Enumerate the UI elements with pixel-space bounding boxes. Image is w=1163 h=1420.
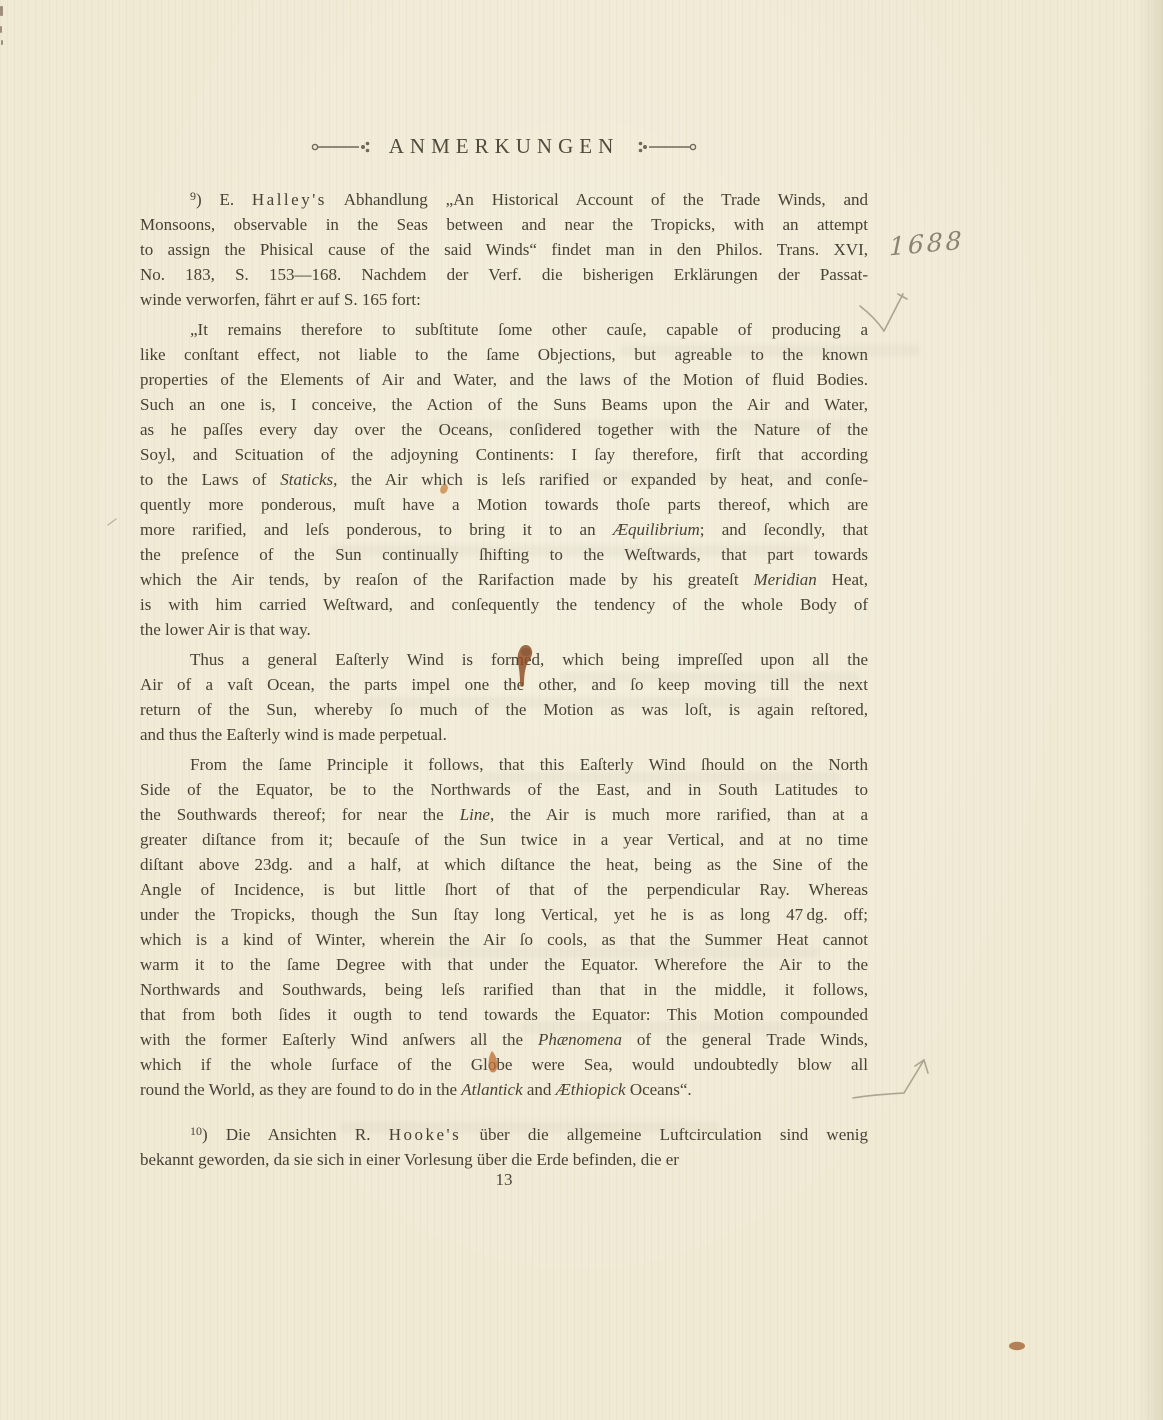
text-segment: to the Laws of [140,470,280,489]
text-line: „It remains therefore to subſtitute ſome… [140,317,868,342]
text-segment: diſtant above 23dg. and a half, at which… [140,855,868,874]
text-segment: Meridian [753,570,816,589]
text-segment: ) E. [196,190,252,209]
text-segment: Angle of Incidence, is but little ſhort … [140,880,868,899]
text-line: which is a kind of Winter, wherein the A… [140,927,868,952]
text-line: round the World, as they are found to do… [140,1077,868,1102]
fox-spot [1009,1342,1025,1350]
left-margin-tick-pencil-icon [108,519,116,525]
text-segment: like conſtant effect, not liable to the … [140,345,868,364]
page-title: ANMERKUNGEN [389,134,620,159]
paragraph-halley-quote-2: Thus a general Eaſterly Wind is formed, … [140,647,868,747]
text-line: to the Laws of Staticks, the Air which i… [140,467,868,492]
text-line: warm it to the ſame Degree with that und… [140,952,868,977]
text-segment: properties of the Elements of Air and Wa… [140,370,868,389]
text-segment: über die allgemeine Luftcirculation sind… [461,1125,868,1144]
paragraph-halley-quote-1: „It remains therefore to subſtitute ſome… [140,317,868,642]
text-segment: to assign the Phisical cause of the said… [140,240,868,259]
text-segment: Staticks, [280,470,337,489]
text-segment: the preſence of the Sun continually ſhif… [140,545,868,564]
text-line: more rarified, and leſs ponderous, to br… [140,517,868,542]
text-segment: Halley's [252,190,327,209]
text-segment: the lower Air is that way. [140,620,311,639]
text-segment: which the Air tends, by reaſon of the Ra… [140,570,753,589]
text-segment: that from both ſides it ougth to tend to… [140,1005,868,1024]
text-line: under the Tropicks, though the Sun ſtay … [140,902,868,927]
text-segment: greater diſtance from it; becauſe of the… [140,830,868,849]
text-segment: which is a kind of Winter, wherein the A… [140,930,868,949]
text-segment: Thus a general Eaſterly Wind is formed, … [190,650,868,669]
edge-speck [0,6,3,16]
text-segment: 10 [190,1124,202,1138]
paragraph-halley-quote-3: From the ſame Principle it follows, that… [140,752,868,1102]
text-segment: Such an one is, I conceive, the Action o… [140,395,868,414]
text-line: Soyl, and Scituation of the adjoyning Co… [140,442,868,467]
text-segment: winde verworfen, fährt er auf S. 165 for… [140,290,421,309]
text-segment: of the general Trade Winds, [622,1030,868,1049]
text-segment: with the former Eaſterly Wind anſwers al… [140,1030,538,1049]
text-segment: as he paſſes every day over the Oceans, … [140,420,868,439]
text-segment: Hooke's [389,1125,462,1144]
text-segment: From the ſame Principle it follows, that… [190,755,868,774]
handwritten-year-note: 1688 [889,226,965,262]
text-line: as he paſſes every day over the Oceans, … [140,417,868,442]
text-line: that from both ſides it ougth to tend to… [140,1002,868,1027]
text-segment: more rarified, and leſs ponderous, to br… [140,520,613,539]
text-line: to assign the Phisical cause of the said… [140,237,868,262]
text-line: quently more ponderous, muſt have a Moti… [140,492,868,517]
fleuron-rule-right-icon [635,140,697,154]
text-segment: return of the Sun, whereby ſo much of th… [140,700,868,719]
text-segment: Air of a vaſt Ocean, the parts impel one… [140,675,868,694]
text-segment: the Air which is leſs rarified or expand… [337,470,868,489]
text-line: the preſence of the Sun continually ſhif… [140,542,868,567]
text-line: with the former Eaſterly Wind anſwers al… [140,1027,868,1052]
paragraph-footnote-9: 9) E. Halley's Abhandlung „An Historical… [140,187,868,312]
text-segment: Oceans“. [626,1080,692,1099]
page-number: 13 [140,1170,868,1190]
text-segment: which if the whole ſurface of the Globe … [140,1055,868,1074]
text-line: is with him carried Weſtward, and conſeq… [140,592,868,617]
text-segment: ; and ſecondly, that [700,520,868,539]
text-segment: bekannt geworden, da sie sich in einer V… [140,1150,679,1169]
text-line: Monsoons, observable in the Seas between… [140,212,868,237]
text-line: greater diſtance from it; becauſe of the… [140,827,868,852]
text-segment: warm it to the ſame Degree with that und… [140,955,868,974]
text-line: bekannt geworden, da sie sich in einer V… [140,1147,868,1172]
text-line: From the ſame Principle it follows, that… [140,752,868,777]
text-segment: quently more ponderous, muſt have a Moti… [140,495,868,514]
text-line: diſtant above 23dg. and a half, at which… [140,852,868,877]
text-segment: Heat, [817,570,868,589]
note-text-block: 9) E. Halley's Abhandlung „An Historical… [140,187,868,1172]
text-segment: under the Tropicks, though the Sun ſtay … [140,905,868,924]
text-segment: Atlantick [461,1080,522,1099]
text-line: Such an one is, I conceive, the Action o… [140,392,868,417]
text-segment: round the World, as they are found to do… [140,1080,461,1099]
text-segment: Æquilibrium [613,520,700,539]
text-segment: Phænomena [538,1030,622,1049]
text-line: 10) Die Ansichten R. Hooke's über die al… [140,1122,868,1147]
text-segment: and thus the Eaſterly wind is made perpe… [140,725,447,744]
text-line: like conſtant effect, not liable to the … [140,342,868,367]
fleuron-rule-left-icon [311,140,373,154]
text-line: 9) E. Halley's Abhandlung „An Historical… [140,187,868,212]
text-segment: ) Die Ansichten R. [202,1125,389,1144]
text-segment: Monsoons, observable in the Seas between… [140,215,868,234]
text-line: return of the Sun, whereby ſo much of th… [140,697,868,722]
text-line: Air of a vaſt Ocean, the parts impel one… [140,672,868,697]
edge-speck [0,26,2,33]
text-line: Northwards and Southwards, being leſs ra… [140,977,868,1002]
text-line: which if the whole ſurface of the Globe … [140,1052,868,1077]
text-segment: is with him carried Weſtward, and conſeq… [140,595,868,614]
text-segment: and [523,1080,556,1099]
scanned-book-page: { "page": { "header": { "title": "ANMERK… [0,0,1163,1420]
text-line: the Southwards thereof; for near the Lin… [140,802,868,827]
text-segment: the Southwards thereof; for near the [140,805,460,824]
edge-speck [1,40,3,45]
text-line: winde verworfen, fährt er auf S. 165 for… [140,287,868,312]
text-line: the lower Air is that way. [140,617,868,642]
text-segment: Æthiopick [556,1080,626,1099]
text-line: Angle of Incidence, is but little ſhort … [140,877,868,902]
page-header: ANMERKUNGEN [140,134,868,159]
text-segment: Abhandlung „An Historical Account of the… [327,190,868,209]
text-line: Thus a general Eaſterly Wind is formed, … [140,647,868,672]
text-segment: , the Air is much more rarified, than at… [490,805,868,824]
text-segment: Northwards and Southwards, being leſs ra… [140,980,868,999]
text-segment: Line [460,805,490,824]
text-line: Side of the Equator, be to the Northward… [140,777,868,802]
text-segment: „It remains therefore to subſtitute ſome… [190,320,868,339]
text-line: which the Air tends, by reaſon of the Ra… [140,567,868,592]
page-edge-shading [1137,0,1163,1420]
text-line: No. 183, S. 153—168. Nachdem der Verf. d… [140,262,868,287]
text-line: properties of the Elements of Air and Wa… [140,367,868,392]
text-line: and thus the Eaſterly wind is made perpe… [140,722,868,747]
text-segment: Soyl, and Scituation of the adjoyning Co… [140,445,868,464]
text-segment: Side of the Equator, be to the Northward… [140,780,868,799]
paragraph-footnote-10: 10) Die Ansichten R. Hooke's über die al… [140,1122,868,1172]
text-segment: No. 183, S. 153—168. Nachdem der Verf. d… [140,265,868,284]
